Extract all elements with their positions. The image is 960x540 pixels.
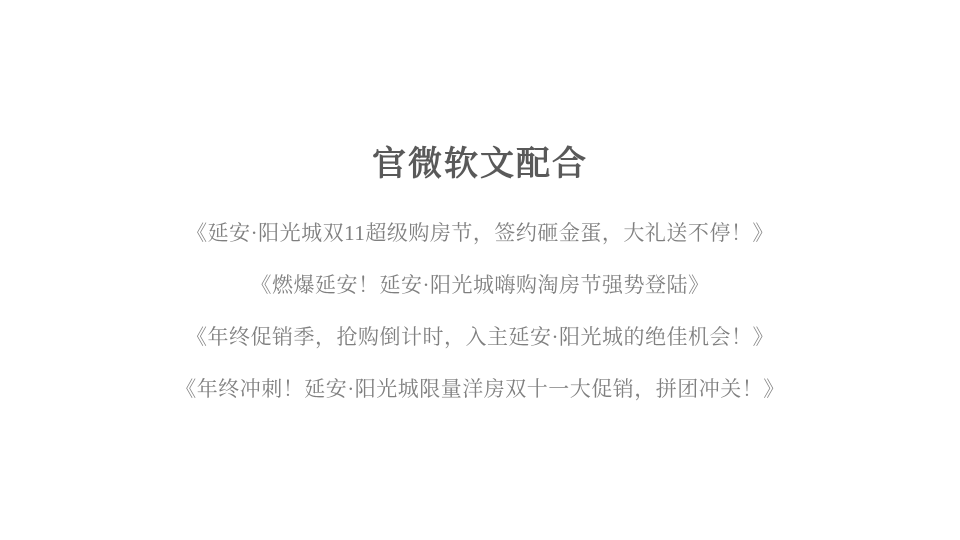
article-title: 《延安·阳光城双11超级购房节，签约砸金蛋，大礼送不停！》: [0, 207, 960, 259]
slide-canvas: 官微软文配合 《延安·阳光城双11超级购房节，签约砸金蛋，大礼送不停！》 《燃爆…: [0, 0, 960, 540]
article-title-list: 《延安·阳光城双11超级购房节，签约砸金蛋，大礼送不停！》 《燃爆延安！延安·阳…: [0, 207, 960, 415]
article-title: 《年终冲刺！延安·阳光城限量洋房双十一大促销，拼团冲关！》: [0, 363, 960, 415]
slide-title: 官微软文配合: [0, 147, 960, 183]
article-title: 《年终促销季，抢购倒计时，入主延安·阳光城的绝佳机会！》: [0, 311, 960, 363]
article-title: 《燃爆延安！延安·阳光城嗨购淘房节强势登陆》: [0, 259, 960, 311]
